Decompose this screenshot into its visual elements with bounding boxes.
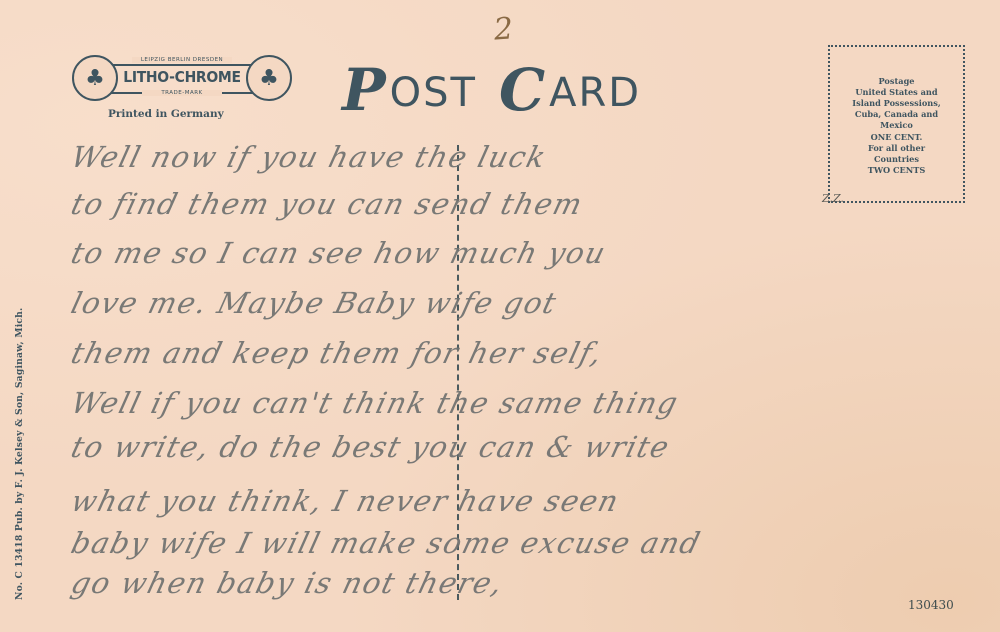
title-word-post: P OST xyxy=(342,64,477,116)
handwritten-line: to find them you can send them xyxy=(68,187,587,221)
title-word-card: C ARD xyxy=(499,64,641,116)
printed-in-label: Printed in Germany xyxy=(108,108,224,120)
clover-icon: ♣ xyxy=(72,55,118,101)
logo-brand: LITHO-CHROME xyxy=(116,68,248,86)
stamp-line: TWO CENTS xyxy=(868,165,926,176)
title-initial-p: P xyxy=(342,64,388,116)
stamp-line: United States and xyxy=(855,87,937,98)
title-rest-ard: ARD xyxy=(549,70,641,116)
stamp-line: For all other xyxy=(868,143,925,154)
serial-number: 130430 xyxy=(908,598,954,612)
stamp-initials: Z.Z. xyxy=(822,192,844,205)
handwritten-line: Well if you can't think the same thing xyxy=(68,386,683,420)
handwritten-line: baby wife I will make some excuse and xyxy=(68,526,705,560)
postcard-back: 2 ♣ ♣ LEIPZIG BERLIN DRESDEN LITHO-CHROM… xyxy=(0,0,1000,632)
handwritten-line: to write, do the best you can & write xyxy=(68,430,674,464)
logo-cities: LEIPZIG BERLIN DRESDEN xyxy=(132,57,232,63)
handwritten-line: go when baby is not there, xyxy=(68,566,507,600)
title-rest-ost: OST xyxy=(390,70,477,116)
stamp-line: ONE CENT. xyxy=(871,132,923,143)
handwritten-line: love me. Maybe Baby wife got xyxy=(68,286,561,320)
litho-chrome-logo: ♣ ♣ LEIPZIG BERLIN DRESDEN LITHO-CHROME … xyxy=(72,55,292,103)
clover-icon: ♣ xyxy=(246,55,292,101)
post-card-heading: P OST C ARD xyxy=(342,64,641,116)
handwritten-line: Well now if you have the luck xyxy=(68,140,551,174)
stamp-line: Cuba, Canada and xyxy=(855,109,938,120)
publisher-credit: No. C 13418 Pub. by F. J. Kelsey & Son, … xyxy=(14,308,25,600)
handwritten-line: them and keep them for her self, xyxy=(68,336,607,370)
handwritten-line: what you think, I never have seen xyxy=(68,484,623,518)
corner-pencil-mark: 2 xyxy=(493,11,514,47)
stamp-line: Island Possessions, xyxy=(852,98,940,109)
stamp-line: Countries xyxy=(874,154,919,165)
title-initial-c: C xyxy=(499,64,547,116)
logo-trademark: TRADE-MARK xyxy=(142,90,222,96)
stamp-box: Postage United States and Island Possess… xyxy=(828,45,965,203)
handwritten-line: to me so I can see how much you xyxy=(68,236,610,270)
stamp-line: Postage xyxy=(878,76,914,87)
stamp-line: Mexico xyxy=(880,120,913,131)
